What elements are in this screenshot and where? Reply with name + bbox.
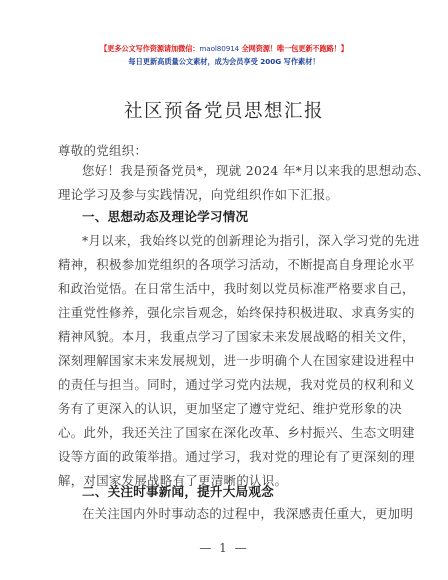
section-1-line-1: *月以来，我始终以党的创新理论为指引，深入学习党的先进 <box>82 233 418 249</box>
section-1-line-7: 的责任与担当。同时，通过学习党内法规，我对党员的权利和义 <box>58 377 394 393</box>
page-number: — 1 — <box>0 541 448 555</box>
salutation: 尊敬的党组织： <box>58 143 394 159</box>
section-1-line-5: 精神风貌。本月，我重点学习了国家未来发展战略的相关文件， <box>58 329 394 345</box>
section-1-line-10: 设等方面的政策举措。通过学习，我对党的理论有了更深刻的理 <box>58 449 394 465</box>
section-1-heading: 一、思想动态及理论学习情况 <box>82 209 248 225</box>
intro-line-1: 您好！我是预备党员*，现就 2024 年*月以来我的思想动态、 <box>82 163 418 179</box>
intro-line-2: 理论学习及参与实践情况，向党组织作如下汇报。 <box>58 187 394 203</box>
document-page: 【更多公文写作资源请加微信：maol80914 全网资源！唯一包更新不跑路！】 … <box>0 0 448 580</box>
section-1-line-8: 务有了更深入的认识，更加坚定了遵守党纪、维护党形象的决 <box>58 401 394 417</box>
section-1-line-9: 心。此外，我还关注了国家在深化改革、乡村振兴、生态文明建 <box>58 425 394 441</box>
section-2-line-1: 在关注国内外时事动态的过程中，我深感责任重大，更加明 <box>82 506 418 522</box>
section-1-line-4: 注重党性修养，强化宗旨观念，始终保持积极进取、求真务实的 <box>58 305 394 321</box>
promo-banner-line-1: 【更多公文写作资源请加微信：maol80914 全网资源！唯一包更新不跑路！】 <box>0 44 448 54</box>
section-2-heading: 二、关注时事新闻，提升大局观念 <box>82 484 274 500</box>
promo-banner-wechat-id: maol80914 <box>199 44 239 53</box>
section-1-line-2: 精神，积极参加党组织的各项学习活动，不断提高自身理论水平 <box>58 257 394 273</box>
section-1-line-6: 深刻理解国家未来发展规划，进一步明确个人在国家建设进程中 <box>58 353 394 369</box>
promo-banner-line-2: 每日更新高质量公文素材，成为会员享受 200G 写作素材！ <box>0 57 448 67</box>
promo-banner-prefix: 【更多公文写作资源请加微信： <box>100 44 199 53</box>
promo-banner-suffix: 全网资源！唯一包更新不跑路！】 <box>239 44 348 53</box>
document-title: 社区预备党员思想汇报 <box>0 97 448 123</box>
section-1-line-3: 和政治觉悟。在日常生活中，我时刻以党员标准严格要求自己， <box>58 281 394 297</box>
